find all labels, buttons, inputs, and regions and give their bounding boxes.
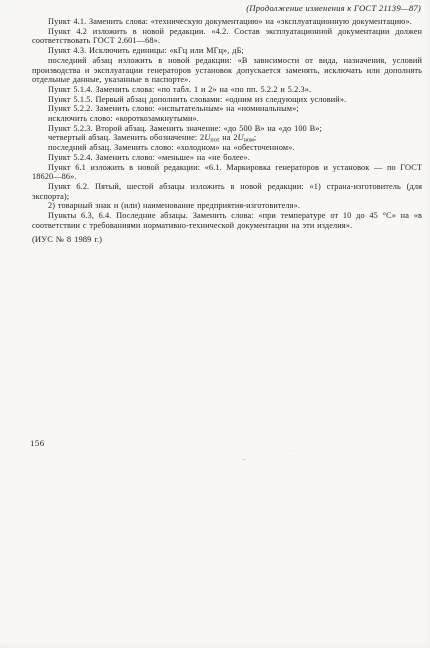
text-run: Пункты 6.3, 6.4. Последние абзацы. Замен…: [32, 211, 422, 230]
paragraph: Пункт 4.2 изложить в новой редакции. «4.…: [32, 27, 422, 46]
paragraph: Пункт 4.3. Исключить единицы: «кГц или М…: [32, 46, 422, 56]
text-run: Пункт 5.1.5. Первый абзац дополнить слов…: [48, 95, 346, 104]
text-run: исключить слово: «короткозамкнутыми».: [48, 114, 199, 123]
scan-artifact: · ·· · · ··· ·: [281, 448, 334, 454]
text-run: Пункт 5.2.2. Заменить слово: «испытатель…: [48, 104, 299, 113]
text-run: Пункт 5.2.4. Заменить слово: «меньше» на…: [48, 153, 250, 162]
paragraph: Пункт 5.1.5. Первый абзац дополнить слов…: [32, 95, 422, 105]
paragraph: четвертый абзац. Заменить обозначение: 2…: [32, 133, 422, 143]
text-run: Пункт 6.1 изложить в новой редакции: «6.…: [32, 163, 422, 182]
text-run: Пункт 4.1. Заменить слова: «техническую …: [48, 17, 412, 26]
paragraph: Пункт 5.2.4. Заменить слово: «меньше» на…: [32, 153, 422, 163]
document-body: Пункт 4.1. Заменить слова: «техническую …: [32, 17, 422, 245]
scanned-document-page: (Продолжение изменения к ГОСТ 21139—87) …: [0, 0, 430, 648]
paragraph: Пункт 4.1. Заменить слова: «техническую …: [32, 17, 422, 27]
paragraph: Пункт 6.1 изложить в новой редакции: «6.…: [32, 163, 422, 182]
paragraph: 2) товарный знак и (или) наименование пр…: [32, 201, 422, 211]
text-run: на 2: [219, 133, 237, 142]
text-run: четвертый абзац. Заменить обозначение: 2: [48, 133, 204, 142]
paragraph: Пункт 5.2.2. Заменить слово: «испытатель…: [32, 104, 422, 114]
text-run: Пункт 5.1.4. Заменить слова: «по табл. 1…: [48, 85, 311, 94]
page-number: 156: [30, 438, 45, 448]
paragraph: Пункты 6.3, 6.4. Последние абзацы. Замен…: [32, 211, 422, 230]
paragraph: Пункт 5.2.3. Второй абзац. Заменить знач…: [32, 124, 422, 134]
text-run: Пункт 5.2.3. Второй абзац. Заменить знач…: [48, 124, 322, 133]
scan-artifact: [242, 459, 246, 460]
document-header-note: (Продолжение изменения к ГОСТ 21139—87): [32, 3, 421, 13]
paragraph: последний абзац изложить в новой редакци…: [32, 56, 422, 85]
text-run: Пункт 4.2 изложить в новой редакции. «4.…: [32, 27, 422, 46]
paragraph: последний абзац. Заменить слово: «холодн…: [32, 143, 422, 153]
ius-stamp: (ИУС № 8 1989 г.): [32, 235, 422, 245]
text-run: 2) товарный знак и (или) наименование пр…: [48, 201, 300, 210]
paragraph: исключить слово: «короткозамкнутыми».: [32, 114, 422, 124]
text-run: Пункт 4.3. Исключить единицы: «кГц или М…: [48, 46, 244, 55]
text-run: Пункт 6.2. Пятый, шестой абзацы изложить…: [32, 182, 422, 201]
paragraph: Пункт 6.2. Пятый, шестой абзацы изложить…: [32, 182, 422, 201]
text-run: ;: [254, 133, 256, 142]
paragraph: Пункт 5.1.4. Заменить слова: «по табл. 1…: [32, 85, 422, 95]
text-run: последний абзац. Заменить слово: «холодн…: [48, 143, 295, 152]
text-run: последний абзац изложить в новой редакци…: [32, 56, 422, 84]
